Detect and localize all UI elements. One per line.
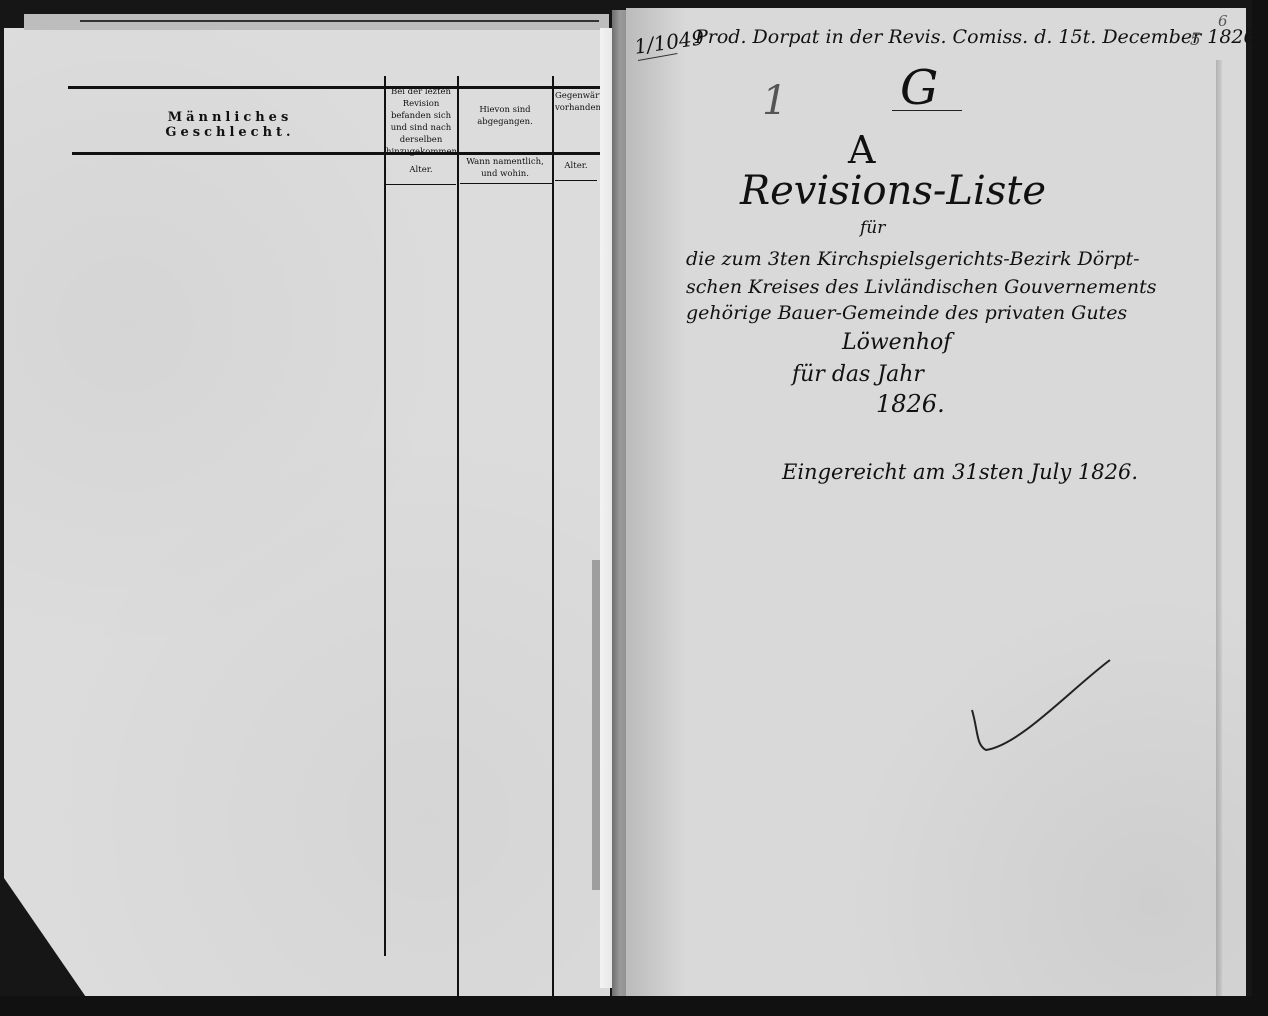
check-mark-icon (960, 650, 1120, 760)
subheader-underline-1 (386, 184, 456, 185)
subheader-alter-1: Alter. (386, 164, 456, 176)
folio-number-6: 6 (1218, 12, 1228, 30)
subheader-underline-3 (555, 180, 597, 181)
subheader-underline-2 (460, 183, 552, 184)
column-divider-3 (552, 76, 554, 996)
body-line-3: gehörige Bauer-Gemeinde des privaten Gut… (686, 302, 1127, 324)
subheader-alter-2: Alter. (555, 160, 597, 172)
title-letter-a: A (848, 128, 875, 172)
right-page-fold (1216, 60, 1222, 1000)
form-title-maennliches-geschlecht: Männliches Geschlecht. (110, 110, 350, 140)
title-revisions-liste: Revisions-Liste (740, 168, 1046, 214)
column-header-bei-der-lezten-revision: Bei der lezten Revision befanden sich un… (386, 86, 456, 158)
folio-number-5: 5 (1190, 30, 1201, 50)
subheader-wann-namentlich: Wann namentlich, und wohin. (460, 156, 550, 180)
left-top-folded-strip (24, 14, 609, 30)
year-1826: 1826. (876, 390, 945, 418)
strip-rule (80, 20, 599, 22)
scan-bottom-border (0, 996, 1268, 1016)
body-line-1: die zum 3ten Kirchspielsgerichts-Bezirk … (686, 248, 1140, 270)
submitted-date-line: Eingereicht am 31sten July 1826. (782, 460, 1138, 484)
title-fuer: für (860, 218, 885, 238)
column-divider-2 (457, 76, 459, 996)
pencil-mark-1: 1 (762, 78, 787, 124)
form-table-header-rule (72, 152, 600, 155)
scan-right-border (1252, 0, 1268, 1016)
form-table-top-rule (68, 86, 600, 89)
column-divider-1 (384, 76, 386, 956)
column-header-hievon-abgegangen: Hievon sind abgegangen. (460, 104, 550, 128)
ink-mark-g: G (900, 60, 938, 116)
production-note: Prod. Dorpat in der Revis. Comiss. d. 15… (695, 26, 1262, 48)
column-header-gegenwaertig-vorhanden: Gegenwärtig vorhanden. (555, 90, 597, 114)
year-line: für das Jahr (792, 362, 924, 387)
estate-name-loewenhof: Löwenhof (842, 330, 951, 355)
ink-mark-strike (892, 110, 962, 111)
body-line-2: schen Kreises des Livländischen Gouverne… (686, 276, 1156, 298)
right-page (626, 8, 1246, 1002)
